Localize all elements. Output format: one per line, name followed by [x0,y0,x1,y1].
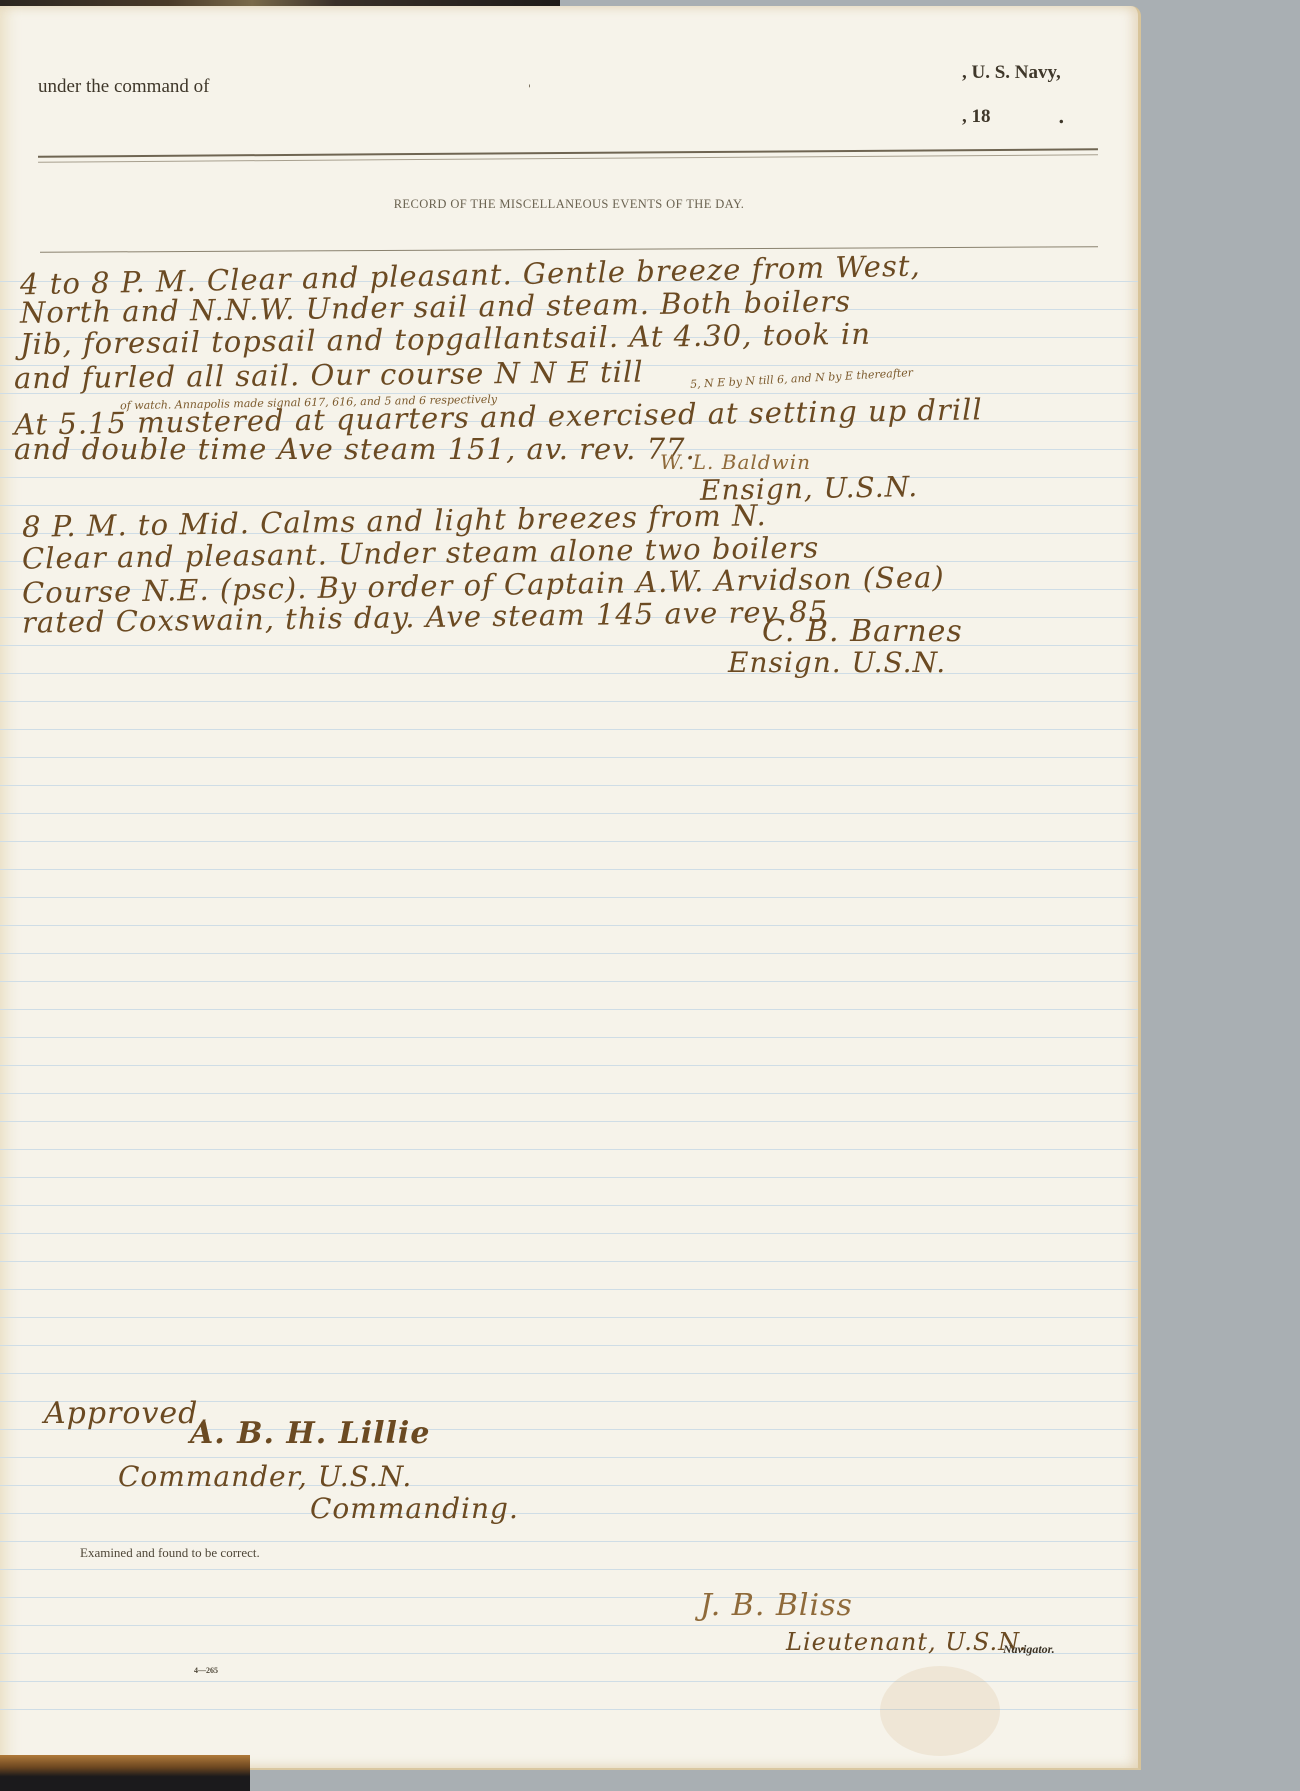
section-rule [40,246,1098,253]
ruled-lines [0,254,1138,1714]
examined-statement: Examined and found to be correct. [80,1545,260,1561]
year-label: , 18 [962,106,991,128]
commander-signature: A. B. H. Lillie [190,1416,430,1451]
navigator-signature: J. B. Bliss [700,1588,853,1623]
commanding-title: Commanding. [310,1492,519,1525]
approved-label: Approved, [44,1396,209,1431]
print-dot: ' [528,84,531,95]
command-label: under the command of [38,76,209,98]
signature-barnes: C. B. Barnes [762,614,963,649]
signature-baldwin: W. L. Baldwin [660,450,811,474]
entry-line: and double time Ave steam 151, av. rev. … [14,432,696,466]
section-title: RECORD OF THE MISCELLANEOUS EVENTS OF TH… [0,197,1138,212]
form-number: 4—265 [194,1666,218,1675]
log-page: under the command of ' , U. S. Navy, , 1… [0,6,1141,1770]
commander-title: Commander, U.S.N. [118,1460,412,1493]
year-suffix: . [1058,106,1065,128]
header-rule-double [38,148,1098,162]
navigator-label: Navigator. [1003,1642,1055,1657]
signature-title: Ensign. U.S.N. [728,646,946,679]
entry-line: and furled all sail. Our course N N E ti… [14,355,644,396]
book-binding-bottom [0,1755,250,1791]
paper-stain [880,1666,1000,1756]
navigator-rank: Lieutenant, U.S.N. [786,1628,1027,1656]
navy-label: , U. S. Navy, [962,62,1061,84]
